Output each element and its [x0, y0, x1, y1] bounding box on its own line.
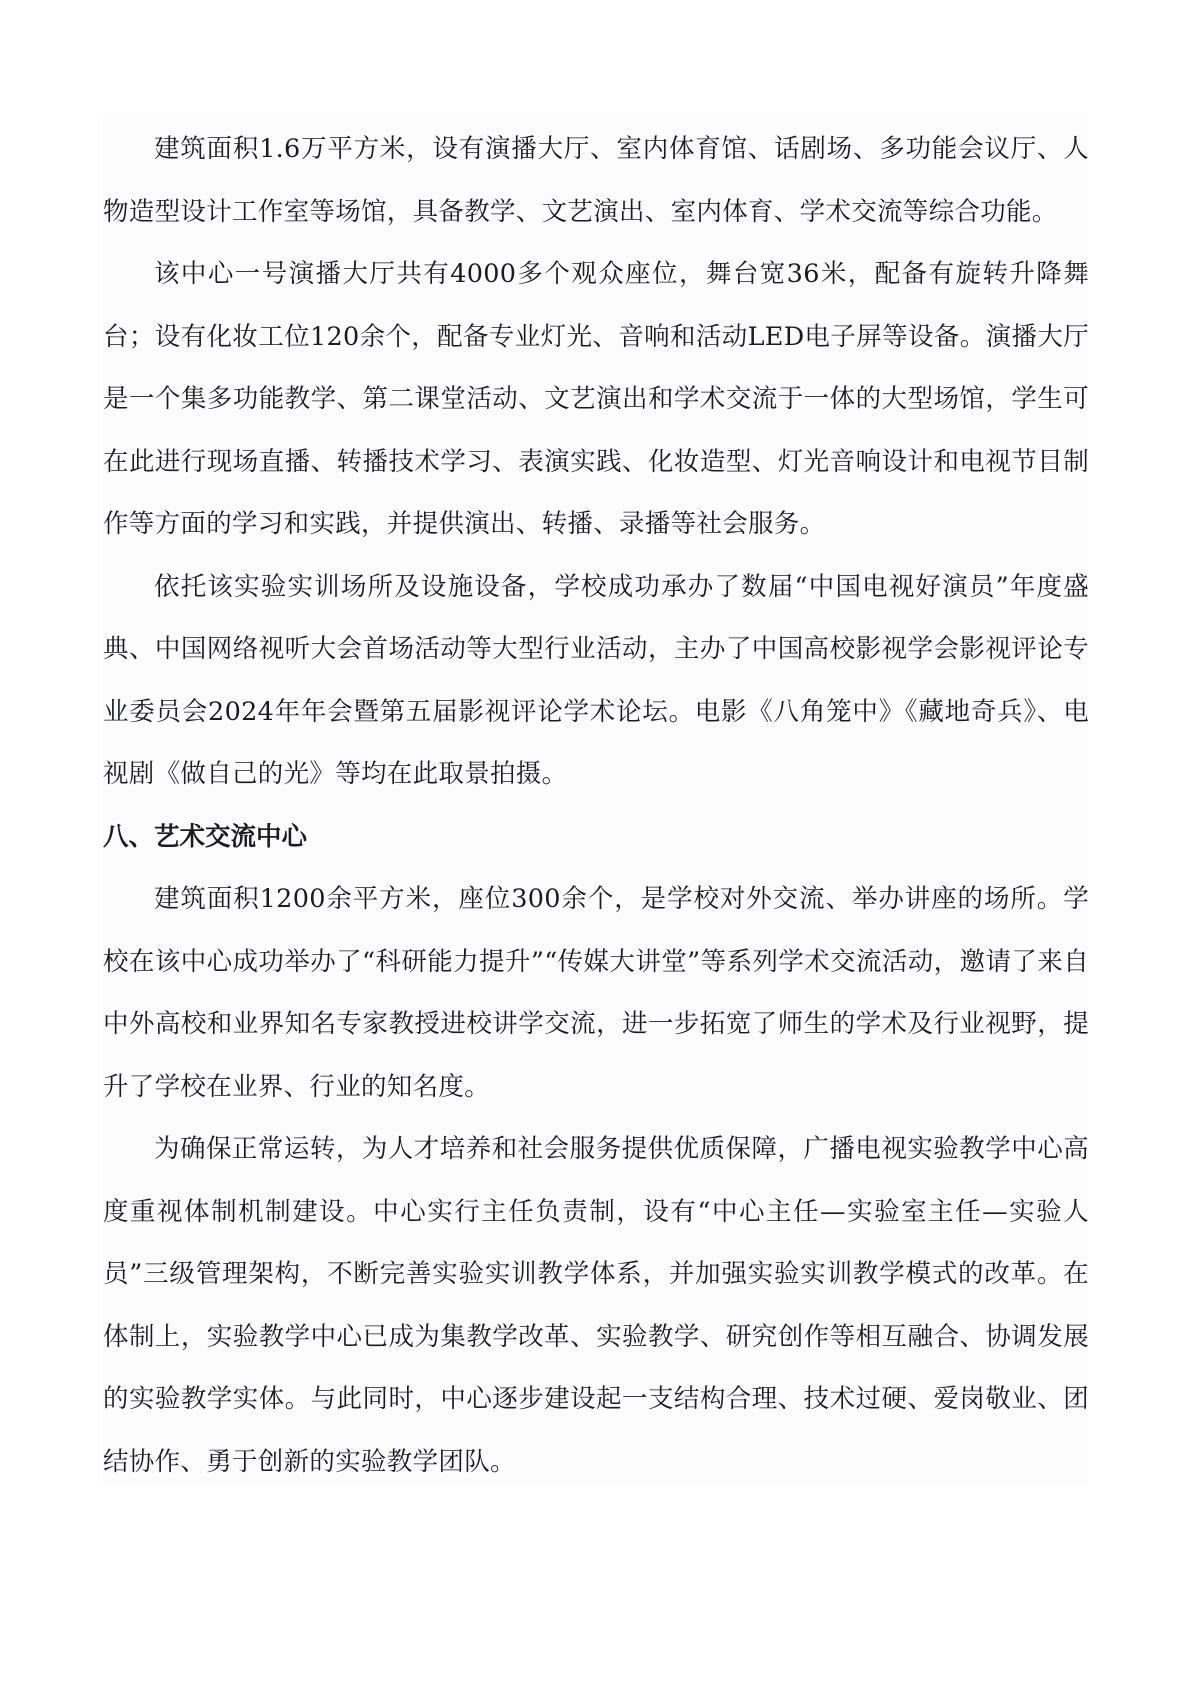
- paragraph-art-exchange-center: 建筑面积1200余平方米，座位300余个，是学校对外交流、举办讲座的场所。学校在…: [103, 868, 1089, 1118]
- section-heading: 八、艺术交流中心: [103, 806, 1089, 869]
- paragraph-events-hosted: 依托该实验实训场所及设施设备，学校成功承办了数届“中国电视好演员”年度盛典、中国…: [103, 556, 1089, 806]
- document-body: 建筑面积1.6万平方米，设有演播大厅、室内体育馆、话剧场、多功能会议厅、人物造型…: [103, 118, 1089, 1493]
- paragraph-venue-overview: 建筑面积1.6万平方米，设有演播大厅、室内体育馆、话剧场、多功能会议厅、人物造型…: [103, 118, 1089, 243]
- paragraph-studio-hall: 该中心一号演播大厅共有4000多个观众座位，舞台宽36米，配备有旋转升降舞台；设…: [103, 243, 1089, 556]
- paragraph-management-system: 为确保正常运转，为人才培养和社会服务提供优质保障，广播电视实验教学中心高度重视体…: [103, 1118, 1089, 1493]
